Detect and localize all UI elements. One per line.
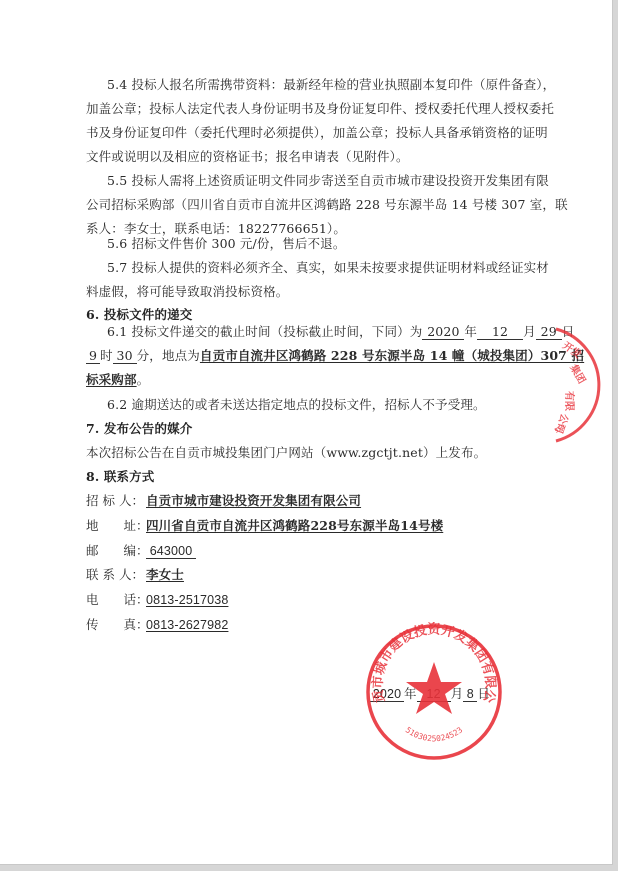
- year-unit: 年: [464, 324, 477, 339]
- sign-year-unit: 年: [404, 687, 417, 701]
- svg-text:有限: 有限: [563, 391, 576, 411]
- minute-unit: 分，地点为: [137, 348, 200, 363]
- para-6-1-line-2: 9时30分，地点为自贡市自流井区鸿鹤路 228 号东源半岛 14 幢（城投集团）…: [86, 348, 584, 364]
- contact-label: 招 标 人：: [86, 493, 146, 509]
- para-5-4-line-1: 5.4 投标人报名所需携带资料：最新经年检的营业执照副本复印件（原件备查），: [107, 77, 555, 93]
- contact-person: 联 系 人：李女士: [86, 567, 184, 583]
- svg-text:523: 523: [554, 423, 567, 435]
- contact-label: 电 话：: [86, 592, 146, 608]
- section-8-heading: 8. 联系方式: [86, 469, 154, 485]
- sign-year: 2020: [370, 687, 404, 702]
- hour-unit: 时: [100, 348, 113, 363]
- contact-value: 643000: [146, 544, 196, 559]
- contact-value: 四川省自贡市自流井区鸿鹤路228号东源半岛14号楼: [146, 518, 443, 533]
- contact-label: 地 址：: [86, 518, 146, 534]
- seam-seal-icon: 开发 集团 有限 公司 523: [540, 325, 612, 445]
- para-5-4-line-3: 书及身份证复印件（委托代理时必须提供），加盖公章；投标人具备承销资格的证明: [86, 125, 548, 141]
- para-6-1-line-3: 标采购部。: [86, 372, 149, 388]
- para-5-7-line-1: 5.7 投标人提供的资料必须齐全、真实，如果未按要求提供证明材料或经证实材: [107, 260, 549, 276]
- day-unit: 日: [562, 324, 575, 339]
- para-5-5-line-3: 系人：李女士，联系电话：18227766651）。: [86, 221, 346, 237]
- document-page: 5.4 投标人报名所需携带资料：最新经年检的营业执照副本复印件（原件备查）， 加…: [0, 0, 613, 865]
- submission-location-2: 标采购部: [86, 372, 137, 387]
- para-5-4-line-4: 文件或说明以及相应的资格证书；报名申请表（见附件）。: [86, 149, 409, 165]
- svg-text:集团: 集团: [567, 362, 588, 386]
- sign-month: 12: [417, 687, 451, 702]
- signature-date: 2020年12月8日: [370, 686, 490, 702]
- deadline-day: 29: [536, 325, 562, 340]
- contact-address: 地 址：四川省自贡市自流井区鸿鹤路228号东源半岛14号楼: [86, 518, 443, 534]
- submission-location-1: 自贡市自流井区鸿鹤路 228 号东源半岛 14 幢（城投集团）307 招: [200, 348, 584, 363]
- month-unit: 月: [523, 324, 536, 339]
- deadline-month: 12: [477, 325, 523, 340]
- section-7-heading: 7. 发布公告的媒介: [86, 421, 192, 437]
- para-5-4-line-2: 加盖公章；投标人法定代表人身份证明书及身份证复印件、授权委托代理人授权委托: [86, 101, 554, 117]
- contact-fax: 传 真：0813-2627982: [86, 617, 228, 633]
- para-6-1-prefix: 6.1 投标文件递交的截止时间（投标截止时间，下同）为: [107, 324, 422, 339]
- deadline-minute: 30: [113, 349, 137, 364]
- para-6-1-line-1: 6.1 投标文件递交的截止时间（投标截止时间，下同）为2020年12月29日: [107, 324, 574, 340]
- contact-value: 自贡市城市建设投资开发集团有限公司: [146, 493, 361, 508]
- contact-value: 李女士: [146, 567, 184, 582]
- contact-label: 联 系 人：: [86, 567, 146, 583]
- section-7-text: 本次招标公告在自贡市城投集团门户网站（www.zgctjt.net）上发布。: [86, 445, 486, 461]
- contact-label: 传 真：: [86, 617, 146, 633]
- sign-day-unit: 日: [477, 687, 490, 701]
- para-5-6: 5.6 招标文件售价 300 元/份，售后不退。: [107, 236, 345, 252]
- period: 。: [137, 372, 150, 387]
- contact-postcode: 邮 编：643000: [86, 543, 196, 559]
- para-5-7-line-2: 料虚假，将可能导致取消投标资格。: [86, 284, 288, 300]
- para-5-5-line-2: 公司招标采购部（四川省自贡市自流井区鸿鹤路 228 号东源半岛 14 号楼 30…: [86, 197, 568, 213]
- svg-text:公司: 公司: [552, 412, 571, 435]
- contact-value: 0813-2517038: [146, 593, 228, 607]
- contact-label: 邮 编：: [86, 543, 146, 559]
- svg-text:5103025024523: 5103025024523: [404, 725, 465, 743]
- deadline-hour: 9: [86, 349, 100, 364]
- sign-day: 8: [463, 687, 477, 702]
- section-6-heading: 6. 投标文件的递交: [86, 307, 192, 323]
- para-6-2: 6.2 逾期送达的或者未送达指定地点的投标文件，招标人不予受理。: [107, 397, 486, 413]
- sign-month-unit: 月: [451, 687, 464, 701]
- contact-value: 0813-2627982: [146, 618, 228, 632]
- deadline-year: 2020: [422, 325, 464, 340]
- para-5-5-line-1: 5.5 投标人需将上述资质证明文件同步寄送至自贡市城市建设投资开发集团有限: [107, 173, 549, 189]
- contact-tenderer: 招 标 人：自贡市城市建设投资开发集团有限公司: [86, 493, 361, 509]
- contact-phone: 电 话：0813-2517038: [86, 592, 228, 608]
